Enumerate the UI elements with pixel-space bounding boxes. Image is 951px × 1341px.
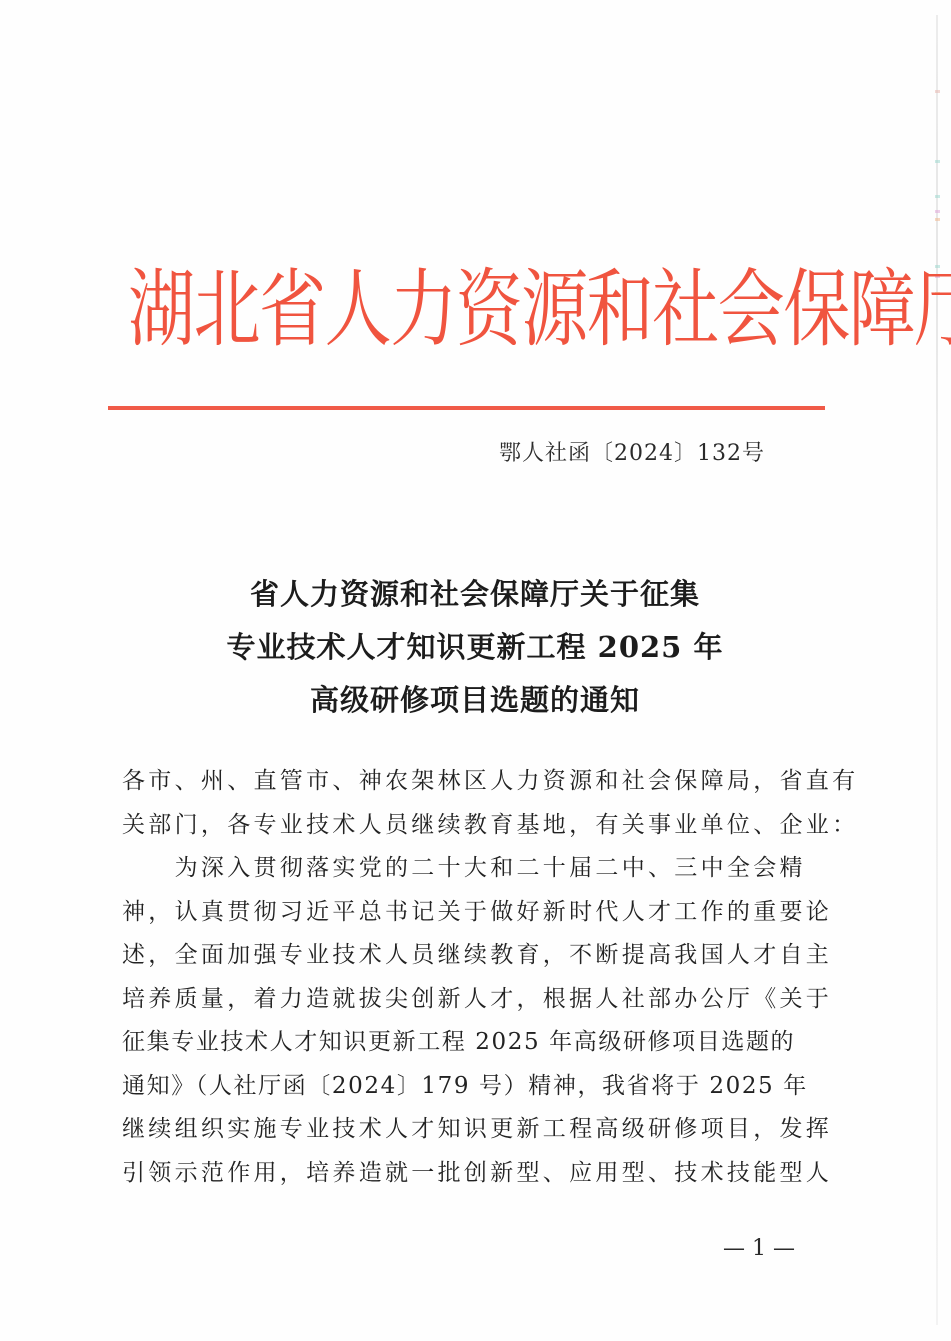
scan-edge-artifact bbox=[935, 160, 940, 163]
document-title: 省人力资源和社会保障厅关于征集 专业技术人才知识更新工程 2025 年 高级研修… bbox=[150, 568, 800, 727]
salutation-line: 各市、州、直管市、神农架林区人力资源和社会保障局，省直有 bbox=[122, 760, 812, 804]
body-line: 培养质量，着力造就拔尖创新人才，根据人社部办公厅《关于 bbox=[122, 978, 812, 1022]
body-line: 通知》（人社厅函〔2024〕179 号）精神，我省将于 2025 年 bbox=[122, 1065, 812, 1109]
scan-edge-artifact bbox=[935, 90, 940, 93]
document-page: 湖北省人力资源和社会保障厅 鄂人社函〔2024〕132号 省人力资源和社会保障厅… bbox=[0, 0, 951, 1341]
document-number: 鄂人社函〔2024〕132号 bbox=[499, 438, 765, 470]
salutation-line: 关部门，各专业技术人员继续教育基地，有关事业单位、企业： bbox=[122, 804, 812, 848]
page-number: — 1 — bbox=[723, 1233, 795, 1265]
body-line: 引领示范作用，培养造就一批创新型、应用型、技术技能型人 bbox=[122, 1152, 812, 1196]
body-line: 神，认真贯彻习近平总书记关于做好新时代人才工作的重要论 bbox=[122, 891, 812, 935]
scan-edge-artifact bbox=[935, 218, 940, 221]
scan-edge-artifact bbox=[935, 195, 940, 198]
document-body: 各市、州、直管市、神农架林区人力资源和社会保障局，省直有 关部门，各专业技术人员… bbox=[122, 760, 812, 1195]
issuer-header: 湖北省人力资源和社会保障厅 bbox=[128, 258, 699, 364]
scan-edge-artifact bbox=[935, 210, 940, 213]
red-header-rule bbox=[108, 406, 825, 410]
body-line: 继续组织实施专业技术人才知识更新工程高级研修项目，发挥 bbox=[122, 1108, 812, 1152]
body-line: 征集专业技术人才知识更新工程 2025 年高级研修项目选题的 bbox=[122, 1021, 812, 1065]
body-line: 述，全面加强专业技术人员继续教育，不断提高我国人才自主 bbox=[122, 934, 812, 978]
title-line: 高级研修项目选题的通知 bbox=[150, 674, 800, 727]
title-line: 省人力资源和社会保障厅关于征集 bbox=[150, 568, 800, 621]
body-line: 为深入贯彻落实党的二十大和二十届二中、三中全会精 bbox=[122, 847, 812, 891]
title-line: 专业技术人才知识更新工程 2025 年 bbox=[150, 621, 800, 674]
